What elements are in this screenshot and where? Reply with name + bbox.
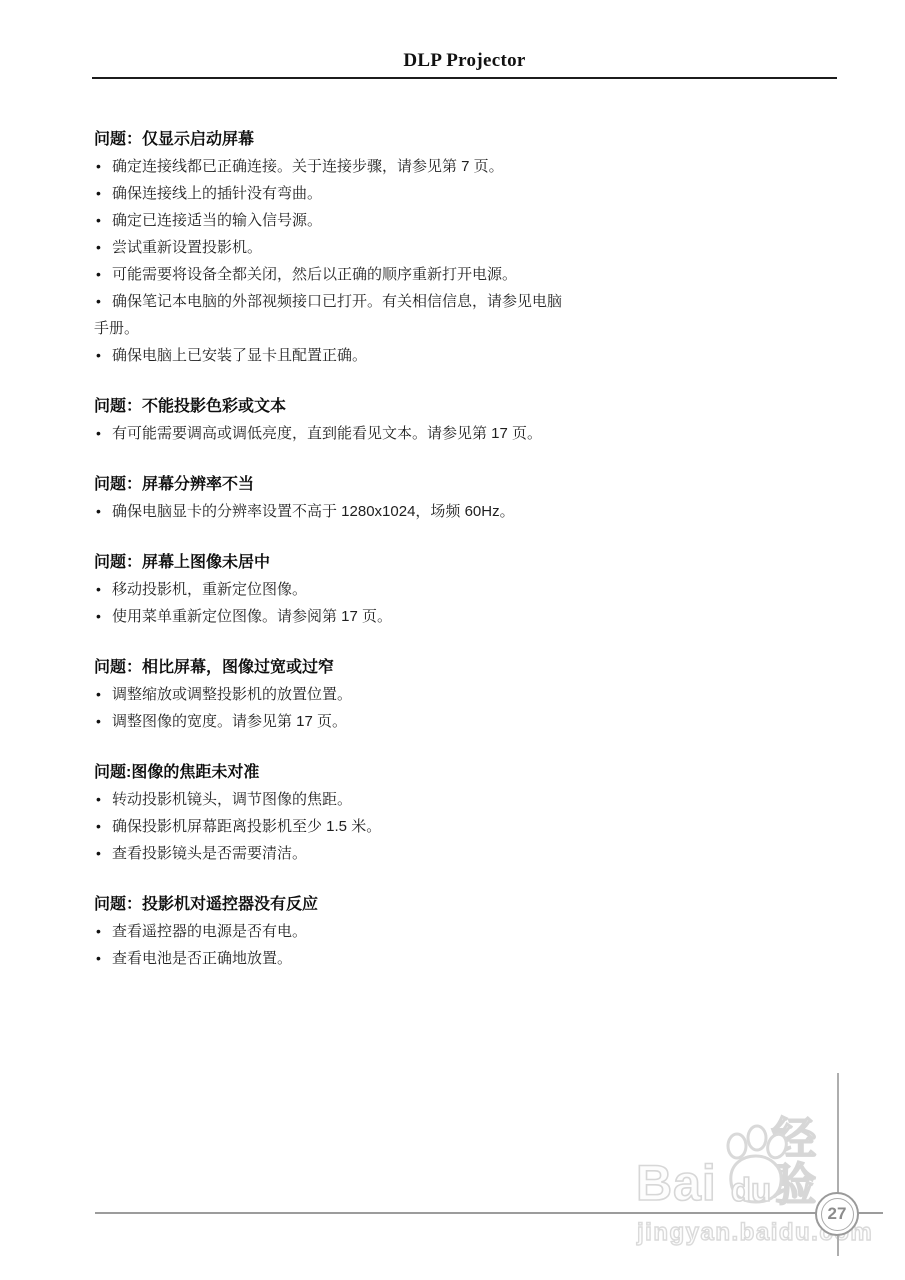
bullet-list: 确定连接线都已正确连接。关于连接步骤，请参见第 7 页。 确保连接线上的插针没有… [94,153,742,369]
list-item: 调整缩放或调整投影机的放置位置。 [94,681,742,708]
page-number: 27 [821,1198,854,1231]
list-item: 调整图像的宽度。请参见第 17 页。 [94,708,742,735]
paw-icon: du [715,1136,773,1208]
section-wrong-resolution: 问题：屏幕分辨率不当 确保电脑显卡的分辨率设置不高于 1280x1024，场频 … [94,471,742,525]
section-heading: 问题:图像的焦距未对准 [94,759,742,786]
list-item: 查看电池是否正确地放置。 [94,945,742,972]
section-heading: 问题：不能投影色彩或文本 [94,393,742,420]
list-item: 有可能需要调高或调低亮度，直到能看见文本。请参见第 17 页。 [94,420,742,447]
list-item: 尝试重新设置投影机。 [94,234,742,261]
watermark-brand-latin: Bai [636,1158,717,1208]
section-heading: 问题：投影机对遥控器没有反应 [94,891,742,918]
troubleshooting-content: 问题：仅显示启动屏幕 确定连接线都已正确连接。关于连接步骤，请参见第 7 页。 … [94,126,742,972]
list-item: 可能需要将设备全都关闭，然后以正确的顺序重新打开电源。 [94,261,742,288]
bullet-list: 转动投影机镜头，调节图像的焦距。 确保投影机屏幕距离投影机至少 1.5 米。 查… [94,786,742,867]
list-item-continuation: 手册。 [94,315,742,342]
list-item: 查看投影镜头是否需要清洁。 [94,840,742,867]
baidu-jingyan-logo: Bai du 经验 [636,1152,840,1208]
section-image-too-wide-narrow: 问题：相比屏幕，图像过宽或过窄 调整缩放或调整投影机的放置位置。 调整图像的宽度… [94,654,742,735]
list-item: 移动投影机，重新定位图像。 [94,576,742,603]
section-heading: 问题：相比屏幕，图像过宽或过窄 [94,654,742,681]
list-item: 查看遥控器的电源是否有电。 [94,918,742,945]
bullet-list: 移动投影机，重新定位图像。 使用菜单重新定位图像。请参阅第 17 页。 [94,576,742,630]
section-heading: 问题：屏幕上图像未居中 [94,549,742,576]
section-heading: 问题：屏幕分辨率不当 [94,471,742,498]
list-item-text: 确保笔记本电脑的外部视频接口已打开。有关相信信息，请参见电脑 [112,293,562,310]
list-item: 确定已连接适当的输入信号源。 [94,207,742,234]
section-image-not-centered: 问题：屏幕上图像未居中 移动投影机，重新定位图像。 使用菜单重新定位图像。请参阅… [94,549,742,630]
manual-page: DLP Projector 问题：仅显示启动屏幕 确定连接线都已正确连接。关于连… [0,0,905,1280]
section-focus-misaligned: 问题:图像的焦距未对准 转动投影机镜头，调节图像的焦距。 确保投影机屏幕距离投影… [94,759,742,867]
list-item: 确保笔记本电脑的外部视频接口已打开。有关相信信息，请参见电脑手册。 [94,288,742,342]
page-title: DLP Projector [92,50,837,72]
bullet-list: 查看遥控器的电源是否有电。 查看电池是否正确地放置。 [94,918,742,972]
footer-divider [95,1212,883,1214]
list-item: 确保电脑显卡的分辨率设置不高于 1280x1024，场频 60Hz。 [94,498,742,525]
bullet-list: 有可能需要调高或调低亮度，直到能看见文本。请参见第 17 页。 [94,420,742,447]
list-item: 确保电脑上已安装了显卡且配置正确。 [94,342,742,369]
page-number-badge: 27 [815,1192,859,1236]
list-item: 确定连接线都已正确连接。关于连接步骤，请参见第 7 页。 [94,153,742,180]
list-item: 确保投影机屏幕距离投影机至少 1.5 米。 [94,813,742,840]
section-startup-screen-only: 问题：仅显示启动屏幕 确定连接线都已正确连接。关于连接步骤，请参见第 7 页。 … [94,126,742,369]
section-no-color-or-text: 问题：不能投影色彩或文本 有可能需要调高或调低亮度，直到能看见文本。请参见第 1… [94,393,742,447]
list-item: 转动投影机镜头，调节图像的焦距。 [94,786,742,813]
section-remote-no-response: 问题：投影机对遥控器没有反应 查看遥控器的电源是否有电。 查看电池是否正确地放置… [94,891,742,972]
watermark-brand-latin2: du [731,1173,771,1206]
section-heading: 问题：仅显示启动屏幕 [94,126,742,153]
list-item: 使用菜单重新定位图像。请参阅第 17 页。 [94,603,742,630]
bullet-list: 调整缩放或调整投影机的放置位置。 调整图像的宽度。请参见第 17 页。 [94,681,742,735]
list-item: 确保连接线上的插针没有弯曲。 [94,180,742,207]
header-divider [92,77,837,79]
bullet-list: 确保电脑显卡的分辨率设置不高于 1280x1024，场频 60Hz。 [94,498,742,525]
